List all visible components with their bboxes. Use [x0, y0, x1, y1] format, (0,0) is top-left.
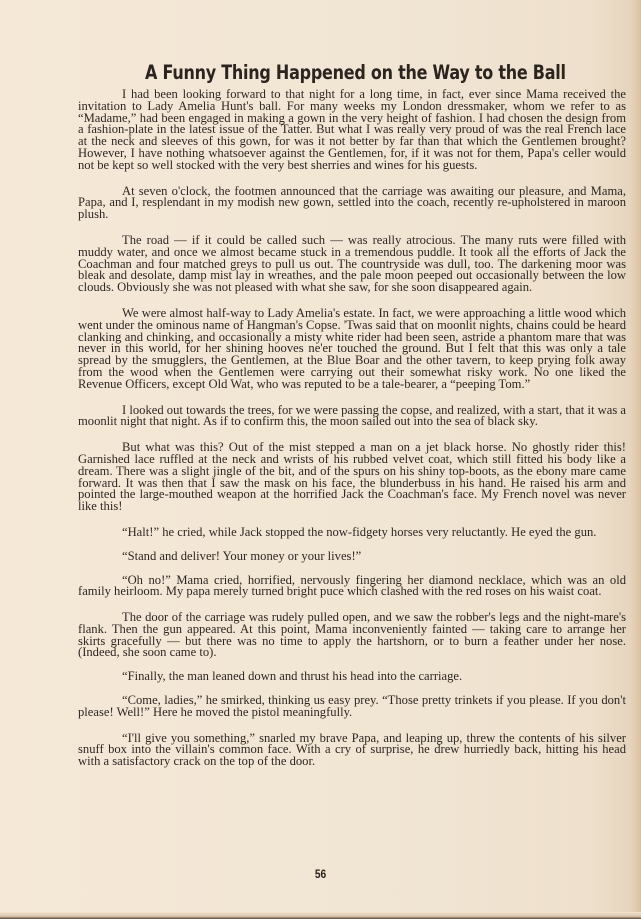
paragraph: “Come, ladies,” he smirked, thinking us …: [78, 695, 626, 719]
article-body: I had been looking forward to that night…: [78, 89, 626, 782]
magazine-page: A Funny Thing Happened on the Way to the…: [0, 0, 641, 919]
paragraph: The door of the carriage was rudely pull…: [78, 612, 626, 659]
paragraph: “Stand and deliver! Your money or your l…: [78, 551, 626, 563]
paragraph: We were almost half-way to Lady Amelia's…: [78, 308, 626, 391]
paragraph: At seven o'clock, the footmen announced …: [78, 186, 626, 221]
paragraph: “I'll give you something,” snarled my br…: [78, 733, 626, 768]
page-number: 56: [48, 867, 593, 881]
article-title: A Funny Thing Happened on the Way to the…: [145, 61, 555, 84]
paragraph: “Halt!” he cried, while Jack stopped the…: [78, 527, 626, 539]
page-bottom-edge: [0, 912, 641, 919]
page-edge-shadow: [631, 0, 641, 919]
paragraph: “Finally, the man leaned down and thrust…: [78, 671, 626, 683]
paragraph: I looked out towards the trees, for we w…: [78, 405, 626, 429]
paragraph: I had been looking forward to that night…: [78, 89, 626, 172]
paragraph: “Oh no!” Mama cried, horrified, nervousl…: [78, 575, 626, 599]
paragraph: The road — if it could be called such — …: [78, 235, 626, 294]
paragraph: But what was this? Out of the mist stepp…: [78, 442, 626, 513]
